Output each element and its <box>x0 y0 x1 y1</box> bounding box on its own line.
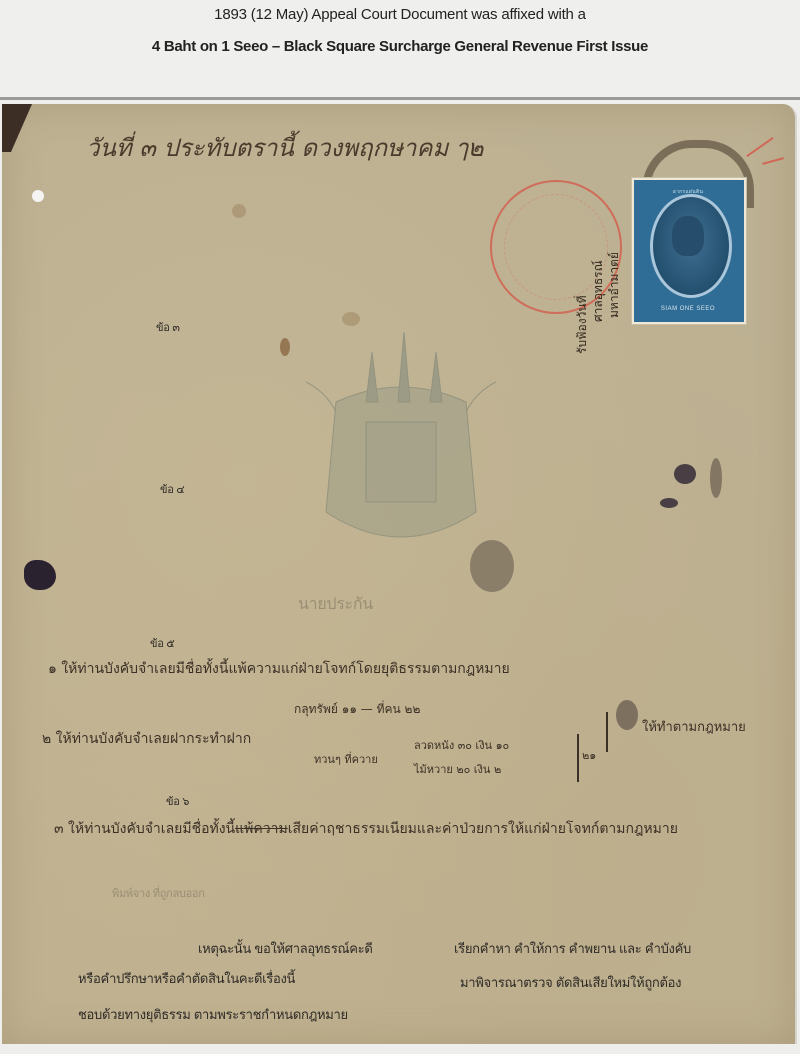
amount-line: กลุทรัพย์ ๑๑ — ที่คน ๒๒ <box>294 700 420 719</box>
ink-smudge <box>470 540 514 592</box>
clause-3-label: ข้อ ๓ <box>156 318 180 336</box>
ink-blot <box>24 560 56 590</box>
ink-smudge <box>616 700 638 730</box>
calculation-row-1: ลวดหนัง ๓๐ เงิน ๑๐ <box>414 736 509 754</box>
printed-left-line-3: ชอบด้วยทางยุติธรรม ตามพระราชกำหนดกฎหมาย <box>78 1004 348 1025</box>
faded-printed-heading: นายประกัน <box>298 592 373 617</box>
caption-line-1: 1893 (12 May) Appeal Court Document was … <box>0 6 800 23</box>
punch-hole <box>32 190 44 202</box>
judgment-line-1: ๑ ให้ท่านบังคับจำเลยมีชื่อทั้งนี้แพ้ความ… <box>48 658 510 680</box>
faded-printed-row: พิมพ์จาง ที่ถูกลบออก <box>112 884 205 902</box>
ink-smudge <box>710 458 722 498</box>
revenue-stamp: อากรแผ่นดิน SIAM ONE SEEO <box>632 178 746 324</box>
calculation-total: ๒๑ <box>582 746 596 764</box>
torn-corner <box>2 104 32 152</box>
king-portrait-icon <box>672 216 704 256</box>
stain <box>342 312 360 326</box>
printed-right-line-1: เรียกคำหา คำให้การ คำพยาน และ คำบังคับ <box>454 938 691 959</box>
top-handwritten-date: วันที่ ๓ ประทับตรานี้ ดวงพฤกษาคม ๅ๒ <box>86 128 483 167</box>
printed-right-line-2: มาพิจารณาตรวจ ตัดสินเสียใหม่ให้ถูกต้อง <box>460 972 681 993</box>
judgment-line-3: ๓ ให้ท่านบังคับจำเลยมีชื่อทั้งนี้แพ้ความ… <box>54 818 678 840</box>
seal-signature-line-2: รับฟ้องวันที่ <box>572 204 591 354</box>
bracket-line <box>577 734 579 782</box>
red-mark-icon <box>746 137 773 157</box>
stamp-bottom-label: SIAM ONE SEEO <box>638 306 738 312</box>
printed-left-line-1: เหตุฉะนั้น ขอให้ศาลอุทธรณ์คะดี <box>198 938 373 959</box>
clause-4-label: ข้อ ๔ <box>160 480 184 498</box>
ink-blot <box>674 464 696 484</box>
ink-blot <box>660 498 678 508</box>
clause-6-label: ข้อ ๖ <box>166 792 189 810</box>
printed-left-line-2: หรือคำปรึกษาหรือคำตัดสินในคะดีเรื่องนี้ <box>78 968 295 989</box>
seal-signature-line-3: มหาอำมาตย์ <box>604 188 623 318</box>
calculation-row-2: ไม้หวาย ๒๐ เงิน ๒ <box>414 760 501 778</box>
judgment-line-2: ๒ ให้ท่านบังคับจำเลยฝากระทำฝาก <box>42 728 251 750</box>
bracket-line <box>606 712 608 752</box>
judgment-line-3-start: ๓ ให้ท่านบังคับจำเลยมีชื่อทั้งนี้ <box>54 821 235 837</box>
clause-5-label: ข้อ ๕ <box>150 634 174 652</box>
judgment-line-3-end: เสียค่าฤชาธรรมเนียมและค่าป่วยการให้แก่ฝ่… <box>288 821 678 837</box>
stain <box>232 204 246 218</box>
appeal-court-document: วันที่ ๓ ประทับตรานี้ ดวงพฤกษาคม ๅ๒ ศาลอ… <box>2 104 797 1044</box>
red-mark-icon <box>762 157 784 165</box>
caption-line-2: 4 Baht on 1 Seeo – Black Square Surcharg… <box>0 38 800 55</box>
header-divider <box>0 97 800 100</box>
struck-text: แพ้ความ <box>235 821 288 837</box>
royal-crest-watermark-icon <box>306 332 496 552</box>
album-page-header: 1893 (12 May) Appeal Court Document was … <box>0 0 800 98</box>
stain <box>280 338 290 356</box>
calculation-suffix: ให้ทำตามกฎหมาย <box>642 716 746 737</box>
calculation-prefix: ทวนๆ ที่ควาย <box>314 750 378 768</box>
